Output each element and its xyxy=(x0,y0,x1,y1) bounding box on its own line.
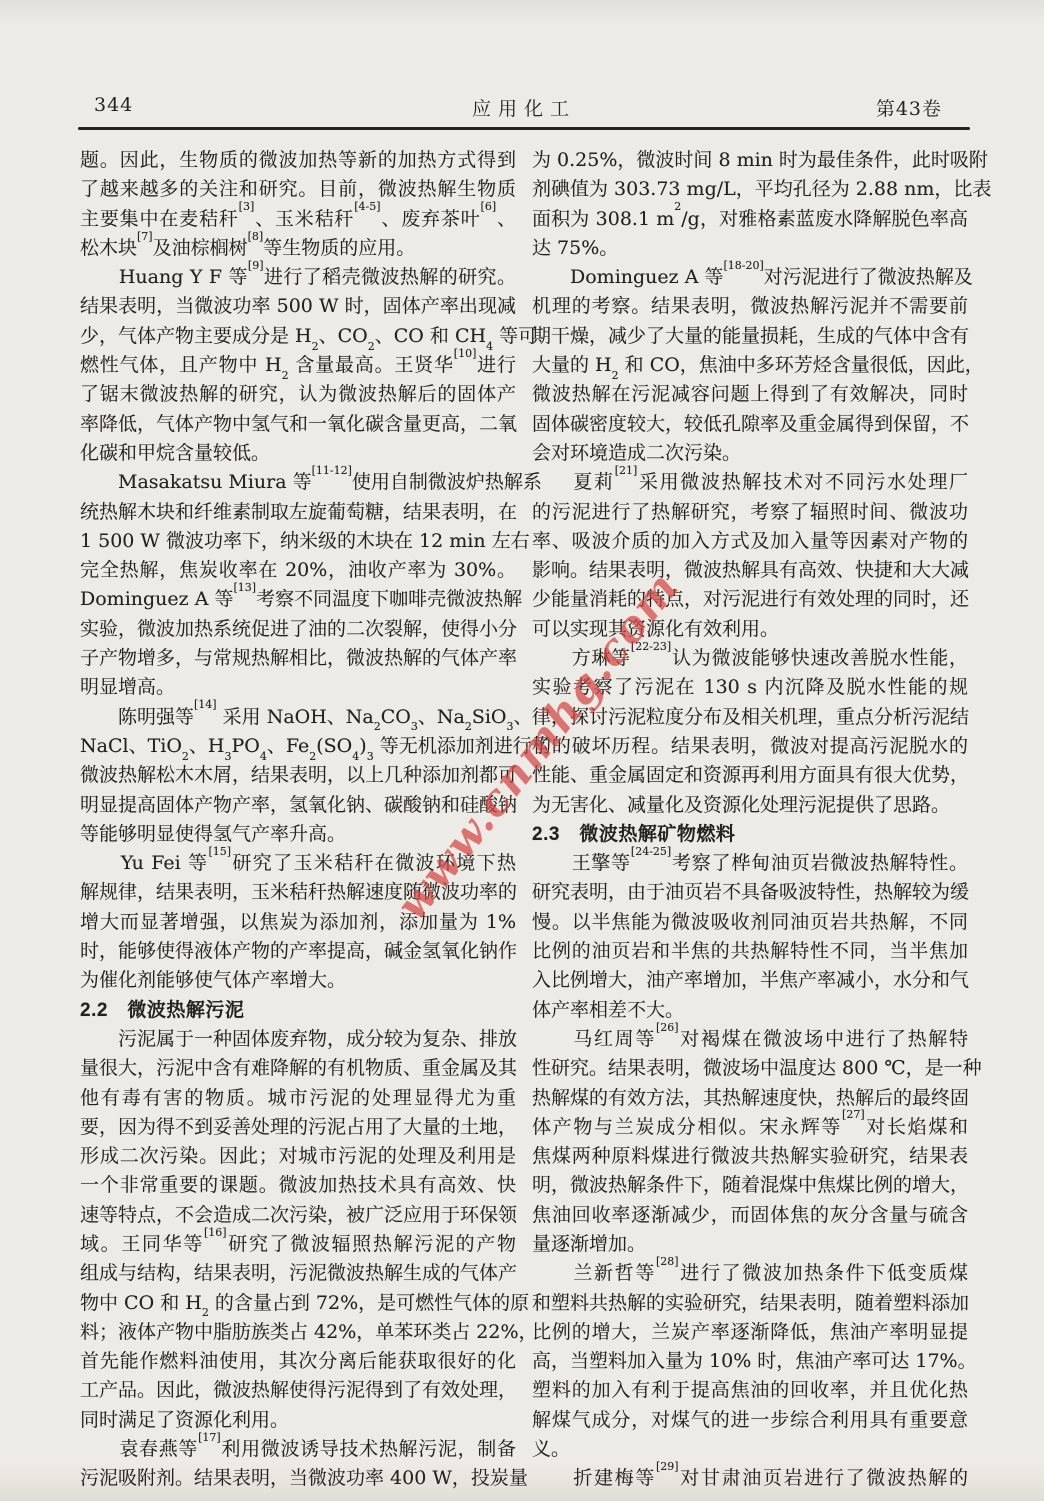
text-line: Yu Fei 等[15]研究了玉米秸秆在微波环境下热 xyxy=(80,849,516,878)
text-line: 1 500 W 微波功率下，纳米级的木块在 12 min 左右 xyxy=(80,527,516,556)
text-line: 构的破坏历程。结果表明，微波对提高污泥脱水的 xyxy=(532,732,968,761)
text-line: 夏莉[21]采用微波热解技术对不同污水处理厂 xyxy=(532,468,968,497)
text-line: 一个非常重要的课题。微波加热技术具有高效、快 xyxy=(80,1171,516,1200)
text-line: 污泥属于一种固体废弃物，成分较为复杂、排放 xyxy=(80,1025,516,1054)
text-line: 王擎等[24-25]考察了桦甸油页岩微波热解特性。 xyxy=(532,849,968,878)
text-line: 了锯末微波热解的研究，认为微波热解后的固体产 xyxy=(80,380,516,409)
text-line: 组成与结构，结果表明，污泥微波热解生成的气体产 xyxy=(80,1259,516,1288)
formula-subscript: 4 xyxy=(260,750,267,763)
citation-superscript: [22-23] xyxy=(631,640,671,653)
text-line: 化碳和甲烷含量较低。 xyxy=(80,439,516,468)
text-line: 的污泥进行了热解研究，考察了辐照时间、微波功 xyxy=(532,498,968,527)
text-line: 增大而显著增强，以焦炭为添加剂，添加量为 1% xyxy=(80,908,516,937)
formula-subscript: 3 xyxy=(507,720,514,733)
page-header: 344 应用化工 第43卷 xyxy=(80,94,968,120)
text-line: 了越来越多的关注和研究。目前，微波热解生物质 xyxy=(80,175,516,204)
text-line: 可以实现其资源化有效利用。 xyxy=(532,615,968,644)
text-line: Huang Y F 等[9]进行了稻壳微波热解的研究。 xyxy=(80,263,516,292)
text-line: 污泥吸附剂。结果表明，当微波功率 400 W，投炭量 xyxy=(80,1464,516,1493)
formula-subscript: 2 xyxy=(282,369,289,382)
text-line: 比例的增大，兰炭产率逐渐降低，焦油产率明显提 xyxy=(532,1318,968,1347)
text-line: Dominguez A 等[13]考察不同温度下咖啡壳微波热解 xyxy=(80,585,516,614)
text-line: 剂碘值为 303.73 mg/L，平均孔径为 2.88 nm，比表 xyxy=(532,175,968,204)
text-line: 比例的油页岩和半焦的共热解特性不同，当半焦加 xyxy=(532,937,968,966)
text-line: 高，当塑料加入量为 10% 时，焦油产率可达 17%。 xyxy=(532,1347,968,1376)
text-line: 明显增高。 xyxy=(80,673,516,702)
text-line: 明，微波热解条件下，随着混煤中焦煤比例的增大， xyxy=(532,1171,968,1200)
formula-subscript: 2 xyxy=(612,369,619,382)
formula-subscript: 3 xyxy=(367,750,374,763)
formula-subscript: 2 xyxy=(182,750,189,763)
text-line: 马红周等[26]对褐煤在微波场中进行了热解特 xyxy=(532,1025,968,1054)
text-line: 子产物增多，与常规热解相比，微波热解的气体产率 xyxy=(80,644,516,673)
formula-subscript: 2 xyxy=(202,1306,209,1319)
text-line: 物中 CO 和 H2 的含量占到 72%，是可燃性气体的原 xyxy=(80,1289,516,1318)
text-line: 义。 xyxy=(532,1435,968,1464)
text-line: 解煤气成分，对煤气的进一步综合利用具有重要意 xyxy=(532,1406,968,1435)
text-line: 完全热解，焦炭收率在 20%，油收产率为 30%。 xyxy=(80,556,516,585)
text-line: 少能量消耗的特点，对污泥进行有效处理的同时，还 xyxy=(532,585,968,614)
text-line: 少，气体产物主要成分是 H2、CO2、CO 和 CH4 等可 xyxy=(80,322,516,351)
text-line: 固体碳密度较大，较低孔隙率及重金属得到保留，不 xyxy=(532,410,968,439)
citation-superscript: [24-25] xyxy=(631,845,671,858)
text-line: 率、吸波介质的加入方式及加入量等因素对产物的 xyxy=(532,527,968,556)
text-line: NaCl、TiO2、H3PO4、Fe2(SO4)3 等无机添加剂进行了 xyxy=(80,732,516,761)
text-line: 微波热解松木木屑，结果表明，以上几种添加剂都可 xyxy=(80,761,516,790)
text-line: 微波热解在污泥减容问题上得到了有效解决，同时 xyxy=(532,380,968,409)
text-line: 他有毒有害的物质。城市污泥的处理显得尤为重 xyxy=(80,1084,516,1113)
text-line: 热解煤的有效方法，其热解速度快，热解后的最终固 xyxy=(532,1084,968,1113)
text-line: 域。王同华等[16]研究了微波辐照热解污泥的产物 xyxy=(80,1230,516,1259)
citation-superscript: [11-12] xyxy=(312,464,352,477)
formula-subscript: 2 xyxy=(309,750,316,763)
text-line: 和塑料共热解的实验研究，结果表明，随着塑料添加 xyxy=(532,1289,968,1318)
citation-superscript: [17] xyxy=(198,1431,221,1444)
citation-superscript: [18-20] xyxy=(723,259,763,272)
text-line: 会对环境造成二次污染。 xyxy=(532,439,968,468)
citation-superscript: [13] xyxy=(233,581,256,594)
text-line: 律，探讨污泥粒度分布及相关机理，重点分析污泥结 xyxy=(532,703,968,732)
text-line: 燃性气体，且产物中 H2 含量最高。王贤华[10]进行 xyxy=(80,351,516,380)
citation-superscript: [3] xyxy=(239,200,255,213)
text-line: 方琳等[22-23]认为微波能够快速改善脱水性能， xyxy=(532,644,968,673)
text-line: 实验考察了污泥在 130 s 内沉降及脱水性能的规 xyxy=(532,673,968,702)
left-column: 题。因此，生物质的微波加热等新的加热方式得到了越来越多的关注和研究。目前，微波热… xyxy=(80,146,516,1494)
text-line: 兰新哲等[28]进行了微波加热条件下低变质煤 xyxy=(532,1259,968,1288)
text-line: 首先能作燃料油使用，其次分离后能获取很好的化 xyxy=(80,1347,516,1376)
formula-subscript: 3 xyxy=(224,750,231,763)
text-line: 体产率相差不大。 xyxy=(532,996,968,1025)
text-line: 明显提高固体产物产率，氢氧化钠、碳酸钠和硅酸钠 xyxy=(80,791,516,820)
text-line: 工产品。因此，微波热解使得污泥得到了有效处理， xyxy=(80,1376,516,1405)
text-line: 陈明强等[14] 采用 NaOH、Na2CO3、Na2SiO3、 xyxy=(80,703,516,732)
text-line: 期干燥，减少了大量的能量损耗，生成的气体中含有 xyxy=(532,322,968,351)
text-line: 量逐渐增加。 xyxy=(532,1230,968,1259)
text-line: 实验，微波加热系统促进了油的二次裂解，使得小分 xyxy=(80,615,516,644)
citation-superscript: [14] xyxy=(194,698,217,711)
text-line: 袁春燕等[17]利用微波诱导技术热解污泥，制备 xyxy=(80,1435,516,1464)
text-line: 率降低，气体产物中氢气和一氧化碳含量更高，二氧 xyxy=(80,410,516,439)
text-line: 焦油回收率逐渐减少，而固体焦的灰分含量与硫含 xyxy=(532,1201,968,1230)
text-line: 松木块[7]及油棕榈树[8]等生物质的应用。 xyxy=(80,234,516,263)
citation-superscript: 2 xyxy=(674,200,681,213)
text-line: 同时满足了资源化利用。 xyxy=(80,1406,516,1435)
text-line: 为催化剂能够使气体产率增大。 xyxy=(80,966,516,995)
text-line: 慢。以半焦能为微波吸收剂同油页岩共热解，不同 xyxy=(532,908,968,937)
text-line: 为无害化、减量化及资源化处理污泥提供了思路。 xyxy=(532,791,968,820)
volume-label: 第43卷 xyxy=(876,94,942,121)
formula-subscript: 4 xyxy=(486,340,493,353)
right-column: 为 0.25%，微波时间 8 min 时为最佳条件，此时吸附剂碘值为 303.7… xyxy=(532,146,968,1494)
text-line: 面积为 308.1 m2/g，对雅格素蓝废水降解脱色率高 xyxy=(532,205,968,234)
text-line: 为 0.25%，微波时间 8 min 时为最佳条件，此时吸附 xyxy=(532,146,968,175)
text-line: 速等特点，不会造成二次污染，被广泛应用于环保领 xyxy=(80,1201,516,1230)
citation-superscript: [7] xyxy=(137,230,153,243)
citation-superscript: [28] xyxy=(656,1255,679,1268)
citation-superscript: [15] xyxy=(208,845,231,858)
citation-superscript: [26] xyxy=(656,1021,679,1034)
journal-page: 344 应用化工 第43卷 题。因此，生物质的微波加热等新的加热方式得到了越来越… xyxy=(0,0,1044,1501)
formula-subscript: 3 xyxy=(411,720,418,733)
citation-superscript: [29] xyxy=(656,1460,679,1473)
text-line: 等能够明显使得氢气产率升高。 xyxy=(80,820,516,849)
section-heading: 2.3 微波热解矿物燃料 xyxy=(532,820,968,849)
formula-subscript: 2 xyxy=(312,340,319,353)
citation-superscript: [16] xyxy=(204,1226,227,1239)
section-heading: 2.2 微波热解污泥 xyxy=(80,996,516,1025)
text-line: 结果表明，当微波功率 500 W 时，固体产率出现减 xyxy=(80,292,516,321)
text-line: 大量的 H2 和 CO，焦油中多环芳烃含量很低，因此， xyxy=(532,351,968,380)
citation-superscript: [8] xyxy=(248,230,264,243)
text-line: 时，能够使得液体产物的产率提高，碱金氢氧化钠作 xyxy=(80,937,516,966)
text-line: Masakatsu Miura 等[11-12]使用自制微波炉热解系 xyxy=(80,468,516,497)
text-line: 焦煤两种原料煤进行微波共热解实验研究，结果表 xyxy=(532,1142,968,1171)
text-line: 形成二次污染。因此；对城市污泥的处理及利用是 xyxy=(80,1142,516,1171)
text-line: 料；液体产物中脂肪族类占 42%，单苯环类占 22%， xyxy=(80,1318,516,1347)
text-line: 入比例增大，油产率增加，半焦产率减小，水分和气 xyxy=(532,966,968,995)
citation-superscript: [10] xyxy=(454,347,477,360)
formula-subscript: 4 xyxy=(352,750,359,763)
formula-subscript: 2 xyxy=(374,720,381,733)
citation-superscript: [6] xyxy=(481,200,497,213)
header-rule xyxy=(78,127,970,130)
text-line: 研究表明，由于油页岩不具备吸波特性，热解较为缓 xyxy=(532,878,968,907)
text-line: 塑料的加入有利于提高焦油的回收率，并且优化热 xyxy=(532,1376,968,1405)
text-line: 题。因此，生物质的微波加热等新的加热方式得到 xyxy=(80,146,516,175)
citation-superscript: [21] xyxy=(615,464,638,477)
text-line: 性能、重金属固定和资源再利用方面具有很大优势， xyxy=(532,761,968,790)
text-line: 要，因为得不到妥善处理的污泥占用了大量的土地， xyxy=(80,1113,516,1142)
text-line: 性研究。结果表明，微波场中温度达 800 ℃，是一种 xyxy=(532,1054,968,1083)
text-line: Dominguez A 等[18-20]对污泥进行了微波热解及 xyxy=(532,263,968,292)
text-line: 量很大，污泥中含有难降解的有机物质、重金属及其 xyxy=(80,1054,516,1083)
text-line: 折建梅等[29]对甘肃油页岩进行了微波热解的 xyxy=(532,1464,968,1493)
text-line: 体产物与兰炭成分相似。宋永辉等[27]对长焰煤和 xyxy=(532,1113,968,1142)
citation-superscript: [9] xyxy=(248,259,264,272)
text-line: 解规律，结果表明，玉米秸秆热解速度随微波功率的 xyxy=(80,878,516,907)
citation-superscript: [4-5] xyxy=(354,200,380,213)
text-line: 机理的考察。结果表明，微波热解污泥并不需要前 xyxy=(532,292,968,321)
journal-title: 应用化工 xyxy=(80,94,968,121)
formula-subscript: 2 xyxy=(368,340,375,353)
text-line: 统热解木块和纤维素制取左旋葡萄糖，结果表明，在 xyxy=(80,498,516,527)
formula-subscript: 2 xyxy=(465,720,472,733)
text-line: 影响。结果表明，微波热解具有高效、快捷和大大减 xyxy=(532,556,968,585)
citation-superscript: [27] xyxy=(842,1108,865,1121)
